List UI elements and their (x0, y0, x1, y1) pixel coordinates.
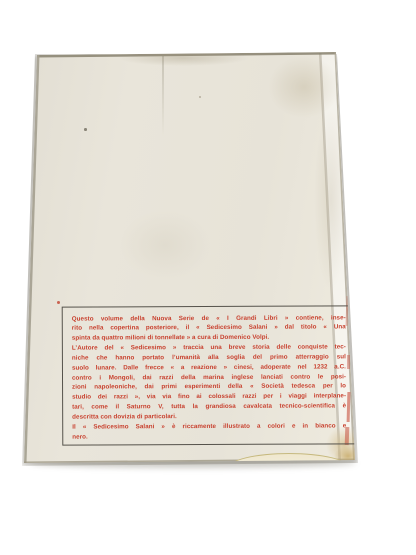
dust-jacket-paper (0, 0, 416, 555)
blurb-line: rito nella copertina posteriore, il « Se… (72, 323, 346, 334)
jacket-top-crease (162, 56, 164, 136)
bottom-wear-arc (228, 453, 350, 483)
photo-of-book-back-cover: Questo volume della Nuova Serie de « I G… (0, 0, 416, 555)
wear-stain (120, 210, 210, 280)
blurb-line: suolo lunare. Dalle frecce « a reazione … (72, 362, 346, 373)
red-ink-speck (57, 301, 60, 304)
blurb-line: nero. (72, 431, 346, 442)
dust-speck (199, 96, 201, 98)
book-back-cover: Questo volume della Nuova Serie de « I G… (0, 0, 416, 555)
dust-speck (84, 128, 87, 131)
wear-stain (118, 50, 248, 66)
blurb-line: Il « Sedicesimo Salani » è riccamente il… (72, 421, 346, 432)
blurb-line: tari, come il Saturno V, tutta la grandi… (72, 401, 346, 412)
wear-stain (268, 56, 340, 118)
blurb-box: Questo volume della Nuova Serie de « I G… (62, 305, 357, 445)
